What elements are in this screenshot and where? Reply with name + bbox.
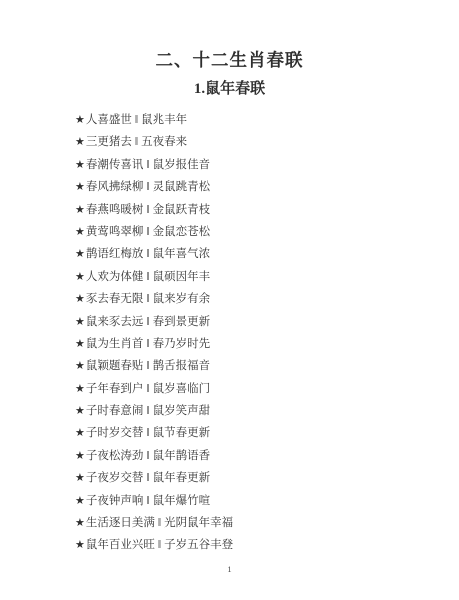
couplet-first-line: 子夜岁交替 [86, 472, 144, 484]
couplet-item: ★子夜松涛劲‖鼠年鹊语香 [75, 445, 459, 467]
couplet-separator: ‖ [146, 204, 149, 216]
couplet-second-line: 鼠节春更新 [153, 427, 211, 439]
star-icon: ★ [75, 338, 85, 350]
couplet-separator: ‖ [146, 159, 149, 171]
star-icon: ★ [75, 405, 85, 417]
couplet-first-line: 鼠为生肖首 [86, 338, 144, 350]
couplet-first-line: 生活逐日美满 [86, 517, 155, 529]
couplet-item: ★黄莺鸣翠柳‖金鼠恋苍松 [75, 221, 459, 243]
couplet-first-line: 鼠颖题春贴 [86, 360, 144, 372]
couplet-first-line: 人喜盛世 [86, 114, 132, 126]
couplet-item: ★子年春到户‖鼠岁喜临门 [75, 378, 459, 400]
couplet-item: ★子夜钟声响‖鼠年爆竹喧 [75, 490, 459, 512]
couplet-second-line: 鼠年喜气浓 [153, 248, 211, 260]
section-title: 1.鼠年春联 [0, 72, 459, 98]
couplet-separator: ‖ [146, 405, 149, 417]
couplet-first-line: 黄莺鸣翠柳 [86, 226, 144, 238]
couplet-first-line: 鼠来豕去远 [86, 316, 144, 328]
couplet-item: ★鼠颖题春贴‖鹊舌报福音 [75, 355, 459, 377]
couplet-first-line: 春风拂绿柳 [86, 181, 144, 193]
star-icon: ★ [75, 495, 85, 507]
couplet-second-line: 春乃岁时先 [153, 338, 211, 350]
star-icon: ★ [75, 248, 85, 260]
couplet-first-line: 子时春意闹 [86, 405, 144, 417]
couplet-item: ★鼠年百业兴旺‖子岁五谷丰登 [75, 534, 459, 556]
couplet-item: ★人欢为体健‖鼠硕因年丰 [75, 266, 459, 288]
couplet-first-line: 鼠年百业兴旺 [86, 539, 155, 551]
couplet-separator: ‖ [146, 472, 149, 484]
star-icon: ★ [75, 383, 85, 395]
couplet-separator: ‖ [146, 450, 149, 462]
star-icon: ★ [75, 316, 85, 328]
star-icon: ★ [75, 293, 85, 305]
couplet-second-line: 鼠岁笑声甜 [153, 405, 211, 417]
couplet-first-line: 人欢为体健 [86, 271, 144, 283]
couplet-second-line: 子岁五谷丰登 [164, 539, 233, 551]
couplet-separator: ‖ [146, 427, 149, 439]
star-icon: ★ [75, 427, 85, 439]
couplet-second-line: 光阴鼠年幸福 [164, 517, 233, 529]
star-icon: ★ [75, 472, 85, 484]
couplet-first-line: 子时岁交替 [86, 427, 144, 439]
couplet-item: ★鹊语红梅放‖鼠年喜气浓 [75, 243, 459, 265]
couplet-item: ★人喜盛世‖鼠兆丰年 [75, 109, 459, 131]
couplet-separator: ‖ [135, 114, 138, 126]
couplet-separator: ‖ [146, 248, 149, 260]
couplet-separator: ‖ [158, 517, 161, 529]
couplet-second-line: 鼠兆丰年 [141, 114, 187, 126]
couplet-second-line: 鼠岁喜临门 [153, 383, 211, 395]
couplet-item: ★三更猪去‖五夜春来 [75, 131, 459, 153]
couplet-item: ★春潮传喜讯‖鼠岁报佳音 [75, 154, 459, 176]
couplet-second-line: 金鼠恋苍松 [153, 226, 211, 238]
couplet-list: ★人喜盛世‖鼠兆丰年★三更猪去‖五夜春来★春潮传喜讯‖鼠岁报佳音★春风拂绿柳‖灵… [0, 109, 459, 557]
star-icon: ★ [75, 226, 85, 238]
couplet-first-line: 春潮传喜讯 [86, 159, 144, 171]
couplet-separator: ‖ [146, 271, 149, 283]
couplet-item: ★子时岁交替‖鼠节春更新 [75, 422, 459, 444]
couplet-separator: ‖ [146, 495, 149, 507]
couplet-second-line: 鼠年爆竹喧 [153, 495, 211, 507]
couplet-item: ★子时春意闹‖鼠岁笑声甜 [75, 400, 459, 422]
couplet-first-line: 鹊语红梅放 [86, 248, 144, 260]
couplet-first-line: 子年春到户 [86, 383, 144, 395]
star-icon: ★ [75, 450, 85, 462]
star-icon: ★ [75, 360, 85, 372]
couplet-first-line: 子夜松涛劲 [86, 450, 144, 462]
star-icon: ★ [75, 159, 85, 171]
couplet-separator: ‖ [146, 316, 149, 328]
couplet-second-line: 鼠年春更新 [153, 472, 211, 484]
star-icon: ★ [75, 517, 85, 529]
couplet-second-line: 鼠岁报佳音 [153, 159, 211, 171]
couplet-item: ★春燕鸣暖树‖金鼠跃青枝 [75, 199, 459, 221]
couplet-separator: ‖ [135, 136, 138, 148]
couplet-separator: ‖ [146, 293, 149, 305]
couplet-second-line: 鼠年鹊语香 [153, 450, 211, 462]
couplet-second-line: 鼠硕因年丰 [153, 271, 211, 283]
couplet-first-line: 三更猪去 [86, 136, 132, 148]
couplet-item: ★鼠来豕去远‖春到景更新 [75, 311, 459, 333]
star-icon: ★ [75, 539, 85, 551]
couplet-separator: ‖ [146, 338, 149, 350]
couplet-separator: ‖ [146, 360, 149, 372]
page-number: 1 [0, 564, 459, 574]
couplet-second-line: 春到景更新 [153, 316, 211, 328]
couplet-second-line: 灵鼠跳青松 [153, 181, 211, 193]
couplet-first-line: 子夜钟声响 [86, 495, 144, 507]
couplet-item: ★鼠为生肖首‖春乃岁时先 [75, 333, 459, 355]
couplet-first-line: 豕去春无限 [86, 293, 144, 305]
couplet-item: ★豕去春无限‖鼠来岁有余 [75, 288, 459, 310]
star-icon: ★ [75, 181, 85, 193]
couplet-separator: ‖ [146, 181, 149, 193]
star-icon: ★ [75, 271, 85, 283]
star-icon: ★ [75, 114, 85, 126]
couplet-separator: ‖ [158, 539, 161, 551]
couplet-second-line: 鼠来岁有余 [153, 293, 211, 305]
couplet-second-line: 鹊舌报福音 [153, 360, 211, 372]
couplet-first-line: 春燕鸣暖树 [86, 204, 144, 216]
couplet-item: ★子夜岁交替‖鼠年春更新 [75, 467, 459, 489]
couplet-separator: ‖ [146, 383, 149, 395]
document-page: 二、十二生肖春联 1.鼠年春联 ★人喜盛世‖鼠兆丰年★三更猪去‖五夜春来★春潮传… [0, 0, 459, 600]
couplet-second-line: 金鼠跃青枝 [153, 204, 211, 216]
couplet-item: ★春风拂绿柳‖灵鼠跳青松 [75, 176, 459, 198]
page-title: 二、十二生肖春联 [0, 0, 459, 72]
star-icon: ★ [75, 136, 85, 148]
couplet-item: ★生活逐日美满‖光阴鼠年幸福 [75, 512, 459, 534]
couplet-separator: ‖ [146, 226, 149, 238]
couplet-second-line: 五夜春来 [141, 136, 187, 148]
star-icon: ★ [75, 204, 85, 216]
